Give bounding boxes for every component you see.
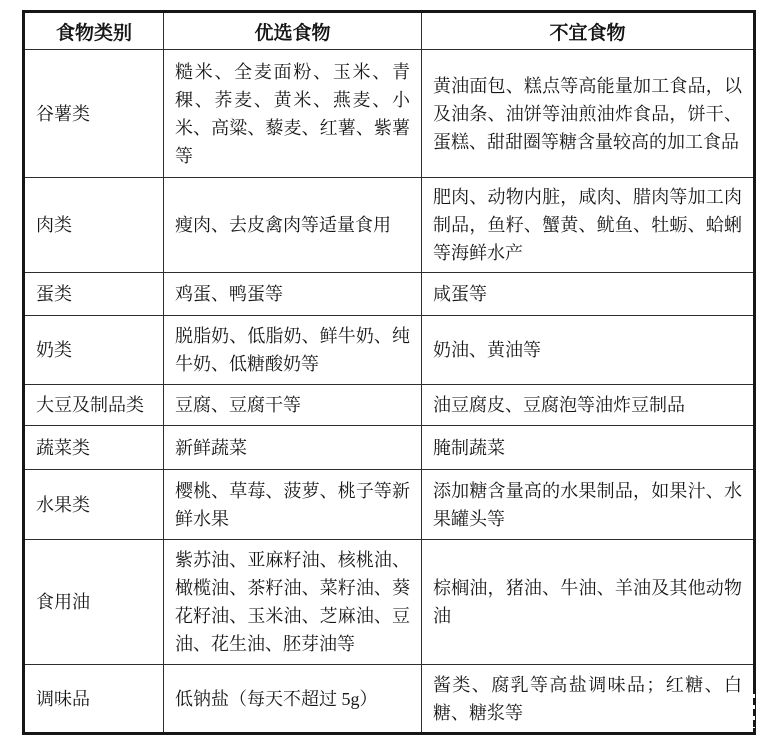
table-row: 肉类 瘦肉、去皮禽肉等适量食用 肥肉、动物内脏，咸肉、腊肉等加工肉制品，鱼籽、蟹… xyxy=(24,178,755,273)
avoid-cell: 黄油面包、糕点等高能量加工食品，以及油条、油饼等油煎油炸食品，饼干、蛋糕、甜甜圈… xyxy=(422,50,755,178)
preferred-cell: 低钠盐（每天不超过 5g） xyxy=(164,665,422,734)
avoid-cell: 油豆腐皮、豆腐泡等油炸豆制品 xyxy=(422,385,755,426)
preferred-cell: 糙米、全麦面粉、玉米、青稞、荞麦、黄米、燕麦、小米、高粱、藜麦、红薯、紫薯等 xyxy=(164,50,422,178)
category-cell: 蛋类 xyxy=(24,273,164,316)
food-selection-table: 食物类别 优选食物 不宜食物 谷薯类 糙米、全麦面粉、玉米、青稞、荞麦、黄米、燕… xyxy=(22,10,756,735)
category-cell: 水果类 xyxy=(24,470,164,540)
header-preferred: 优选食物 xyxy=(164,12,422,50)
category-cell: 奶类 xyxy=(24,316,164,385)
header-avoid: 不宜食物 xyxy=(422,12,755,50)
preferred-cell: 樱桃、草莓、菠萝、桃子等新鲜水果 xyxy=(164,470,422,540)
header-row: 食物类别 优选食物 不宜食物 xyxy=(24,12,755,50)
preferred-cell: 新鲜蔬菜 xyxy=(164,426,422,470)
table-row: 大豆及制品类 豆腐、豆腐干等 油豆腐皮、豆腐泡等油炸豆制品 xyxy=(24,385,755,426)
preferred-cell: 豆腐、豆腐干等 xyxy=(164,385,422,426)
category-cell: 食用油 xyxy=(24,540,164,665)
table-row: 食用油 紫苏油、亚麻籽油、核桃油、橄榄油、茶籽油、菜籽油、葵花籽油、玉米油、芝麻… xyxy=(24,540,755,665)
category-cell: 大豆及制品类 xyxy=(24,385,164,426)
category-cell: 调味品 xyxy=(24,665,164,734)
table-row: 谷薯类 糙米、全麦面粉、玉米、青稞、荞麦、黄米、燕麦、小米、高粱、藜麦、红薯、紫… xyxy=(24,50,755,178)
category-cell: 蔬菜类 xyxy=(24,426,164,470)
avoid-cell: 酱类、腐乳等高盐调味品；红糖、白糖、糖浆等 xyxy=(422,665,755,734)
table-row: 水果类 樱桃、草莓、菠萝、桃子等新鲜水果 添加糖含量高的水果制品，如果汁、水果罐… xyxy=(24,470,755,540)
table-row: 调味品 低钠盐（每天不超过 5g） 酱类、腐乳等高盐调味品；红糖、白糖、糖浆等 xyxy=(24,665,755,734)
table-row: 蔬菜类 新鲜蔬菜 腌制蔬菜 xyxy=(24,426,755,470)
avoid-cell: 奶油、黄油等 xyxy=(422,316,755,385)
table-row: 奶类 脱脂奶、低脂奶、鲜牛奶、纯牛奶、低糖酸奶等 奶油、黄油等 xyxy=(24,316,755,385)
category-cell: 谷薯类 xyxy=(24,50,164,178)
avoid-cell: 腌制蔬菜 xyxy=(422,426,755,470)
avoid-cell: 棕榈油，猪油、牛油、羊油及其他动物油 xyxy=(422,540,755,665)
header-category: 食物类别 xyxy=(24,12,164,50)
category-cell: 肉类 xyxy=(24,178,164,273)
preferred-cell: 鸡蛋、鸭蛋等 xyxy=(164,273,422,316)
preferred-cell: 脱脂奶、低脂奶、鲜牛奶、纯牛奶、低糖酸奶等 xyxy=(164,316,422,385)
preferred-cell: 瘦肉、去皮禽肉等适量食用 xyxy=(164,178,422,273)
avoid-cell: 肥肉、动物内脏，咸肉、腊肉等加工肉制品，鱼籽、蟹黄、鱿鱼、牡蛎、蛤蜊等海鲜水产 xyxy=(422,178,755,273)
avoid-cell: 咸蛋等 xyxy=(422,273,755,316)
preferred-cell: 紫苏油、亚麻籽油、核桃油、橄榄油、茶籽油、菜籽油、葵花籽油、玉米油、芝麻油、豆油… xyxy=(164,540,422,665)
avoid-cell: 添加糖含量高的水果制品，如果汁、水果罐头等 xyxy=(422,470,755,540)
document-page: 食物类别 优选食物 不宜食物 谷薯类 糙米、全麦面粉、玉米、青稞、荞麦、黄米、燕… xyxy=(0,0,769,738)
table-row: 蛋类 鸡蛋、鸭蛋等 咸蛋等 xyxy=(24,273,755,316)
